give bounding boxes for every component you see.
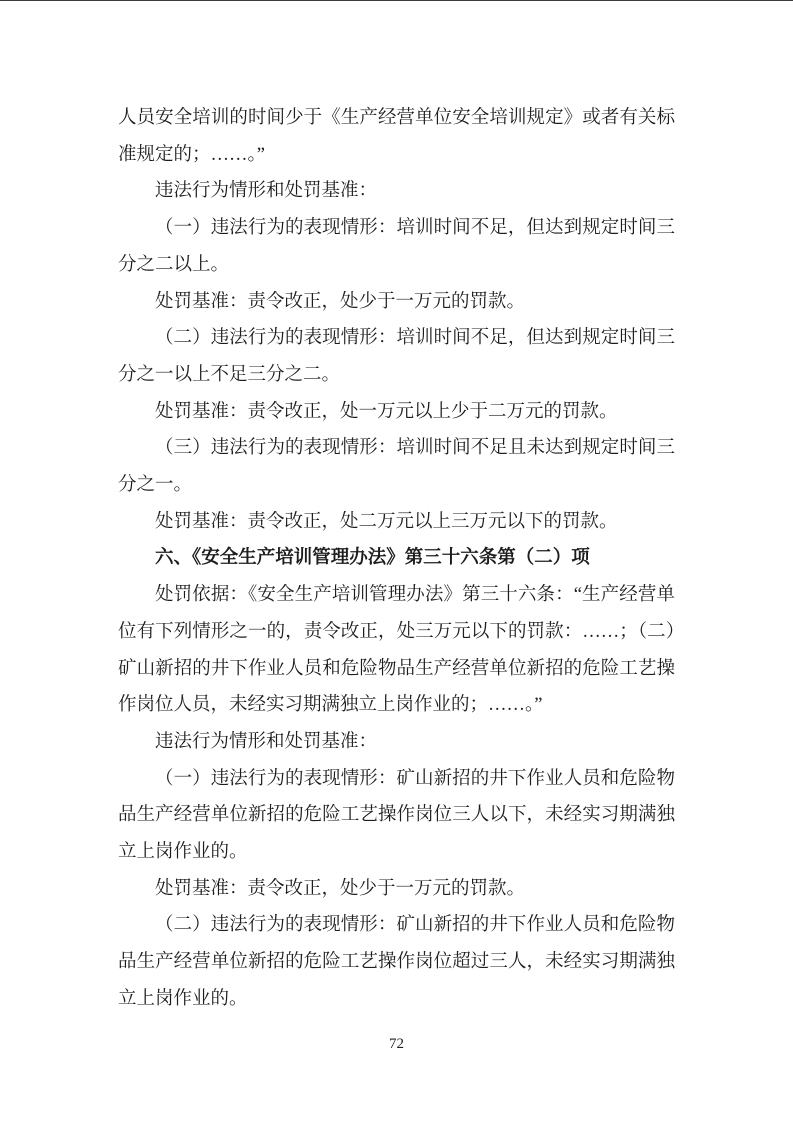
paragraph: 处罚基准：责令改正，处少于一万元的罚款。 (118, 284, 675, 321)
paragraph: （二）违法行为的表现情形：培训时间不足，但达到规定时间三分之一以上不足三分之二。 (118, 320, 675, 393)
page-number: 72 (389, 1036, 404, 1052)
paragraph: 处罚基准：责令改正，处二万元以上三万元以下的罚款。 (118, 504, 675, 541)
paragraph: 违法行为情形和处罚基准： (118, 173, 675, 210)
page-top-edge-line (0, 0, 793, 1)
section-heading: 六、《安全生产培训管理办法》第三十六条第（二）项 (118, 540, 675, 577)
text-content: 人员安全培训的时间少于《生产经营单位安全培训规定》或者有关标准规定的；……。”违… (118, 100, 675, 1018)
paragraph: 违法行为情形和处罚基准： (118, 724, 675, 761)
document-page: 人员安全培训的时间少于《生产经营单位安全培训规定》或者有关标准规定的；……。”违… (0, 0, 793, 1122)
paragraph: 处罚基准：责令改正，处一万元以上少于二万元的罚款。 (118, 394, 675, 431)
paragraph: （一）违法行为的表现情形：培训时间不足，但达到规定时间三分之二以上。 (118, 210, 675, 283)
paragraph: 处罚依据：《安全生产培训管理办法》第三十六条：“生产经营单位有下列情形之一的，责… (118, 577, 675, 724)
paragraph: 人员安全培训的时间少于《生产经营单位安全培训规定》或者有关标准规定的；……。” (118, 100, 675, 173)
paragraph: （一）违法行为的表现情形：矿山新招的井下作业人员和危险物品生产经营单位新招的危险… (118, 761, 675, 871)
paragraph: 处罚基准：责令改正，处少于一万元的罚款。 (118, 871, 675, 908)
paragraph: （三）违法行为的表现情形：培训时间不足且未达到规定时间三分之一。 (118, 430, 675, 503)
page-footer: 72 (0, 1034, 793, 1054)
paragraph: （二）违法行为的表现情形：矿山新招的井下作业人员和危险物品生产经营单位新招的危险… (118, 907, 675, 1017)
